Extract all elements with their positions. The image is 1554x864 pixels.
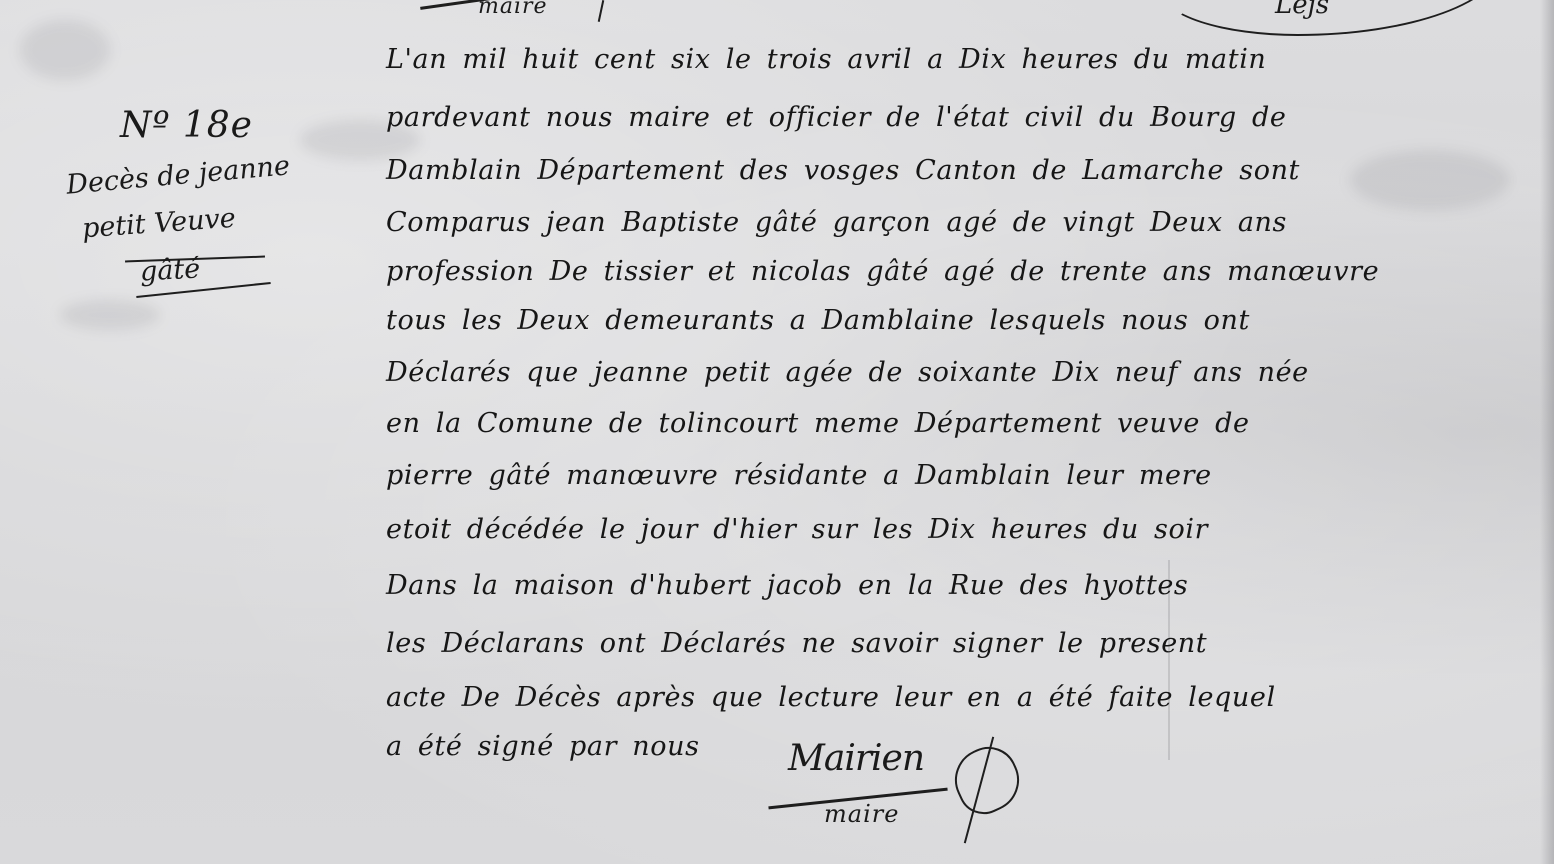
body-text-line: Comparus jean Baptiste gâté garçon agé d… (386, 207, 1287, 238)
paper-stain (20, 20, 110, 80)
body-text-line: en la Comune de tolincourt meme Départem… (386, 408, 1250, 439)
previous-signature-flourish (1160, 0, 1504, 36)
paper-stain (60, 300, 160, 330)
body-text-line: pardevant nous maire et officier de l'ét… (386, 102, 1286, 133)
mayor-signature: Mairien (788, 738, 924, 779)
body-text-line: Dans la maison d'hubert jacob en la Rue … (386, 570, 1188, 601)
previous-record-maire-label: maire (478, 0, 548, 19)
margin-annotation-line: petit Veuve (81, 203, 237, 245)
body-text-line: profession De tissier et nicolas gâté ag… (386, 256, 1379, 287)
manuscript-page: maire Lejs Nº 18e Decès de jeanne petit … (0, 0, 1554, 864)
body-text-line: acte De Décès après que lecture leur en … (386, 682, 1276, 713)
record-number: Nº 18e (120, 105, 253, 146)
signature-title: maire (824, 800, 899, 828)
signature-paraph-icon (944, 737, 1029, 822)
body-text-line: Damblain Département des vosges Canton d… (386, 155, 1300, 186)
margin-annotation-line: gâté (139, 253, 201, 287)
previous-record-signature: Lejs (1275, 0, 1329, 20)
body-text-line: etoit décédée le jour d'hier sur les Dix… (386, 514, 1208, 545)
body-text-line: tous les Deux demeurants a Damblaine les… (386, 305, 1250, 336)
body-text-line: pierre gâté manœuvre résidante a Damblai… (386, 460, 1212, 491)
paper-stain (1350, 150, 1510, 210)
previous-record-mark (598, 0, 605, 22)
body-text-line: les Déclarans ont Déclarés ne savoir sig… (386, 628, 1207, 659)
page-edge-shadow (1540, 0, 1554, 864)
margin-annotation-line: Decès de jeanne (65, 150, 291, 200)
body-text-line: L'an mil huit cent six le trois avril a … (386, 44, 1266, 75)
body-text-line: Déclarés que jeanne petit agée de soixan… (386, 357, 1309, 388)
body-text-line: a été signé par nous (386, 731, 700, 762)
